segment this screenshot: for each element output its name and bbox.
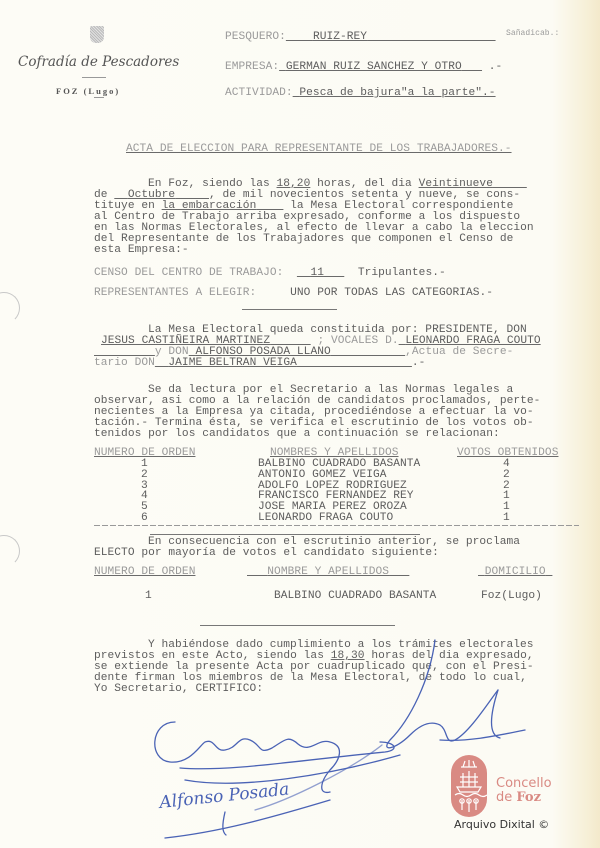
signature-stroke-icon <box>440 730 525 740</box>
signatures: Alfonso Posada <box>0 0 600 848</box>
document-page: Cofradía de Pescadores FOZ (Lugo) Sañadi… <box>0 0 600 848</box>
signature-alfonso-posada: Alfonso Posada <box>156 779 290 813</box>
concello-name: Concello de Foz <box>496 777 552 805</box>
ship-emblem-icon <box>451 755 487 817</box>
signature-stroke-icon <box>387 640 498 748</box>
signature-stroke-icon <box>155 722 340 792</box>
signature-stroke-icon <box>223 812 226 835</box>
archive-caption: Arquivo Dixital © <box>454 818 549 831</box>
